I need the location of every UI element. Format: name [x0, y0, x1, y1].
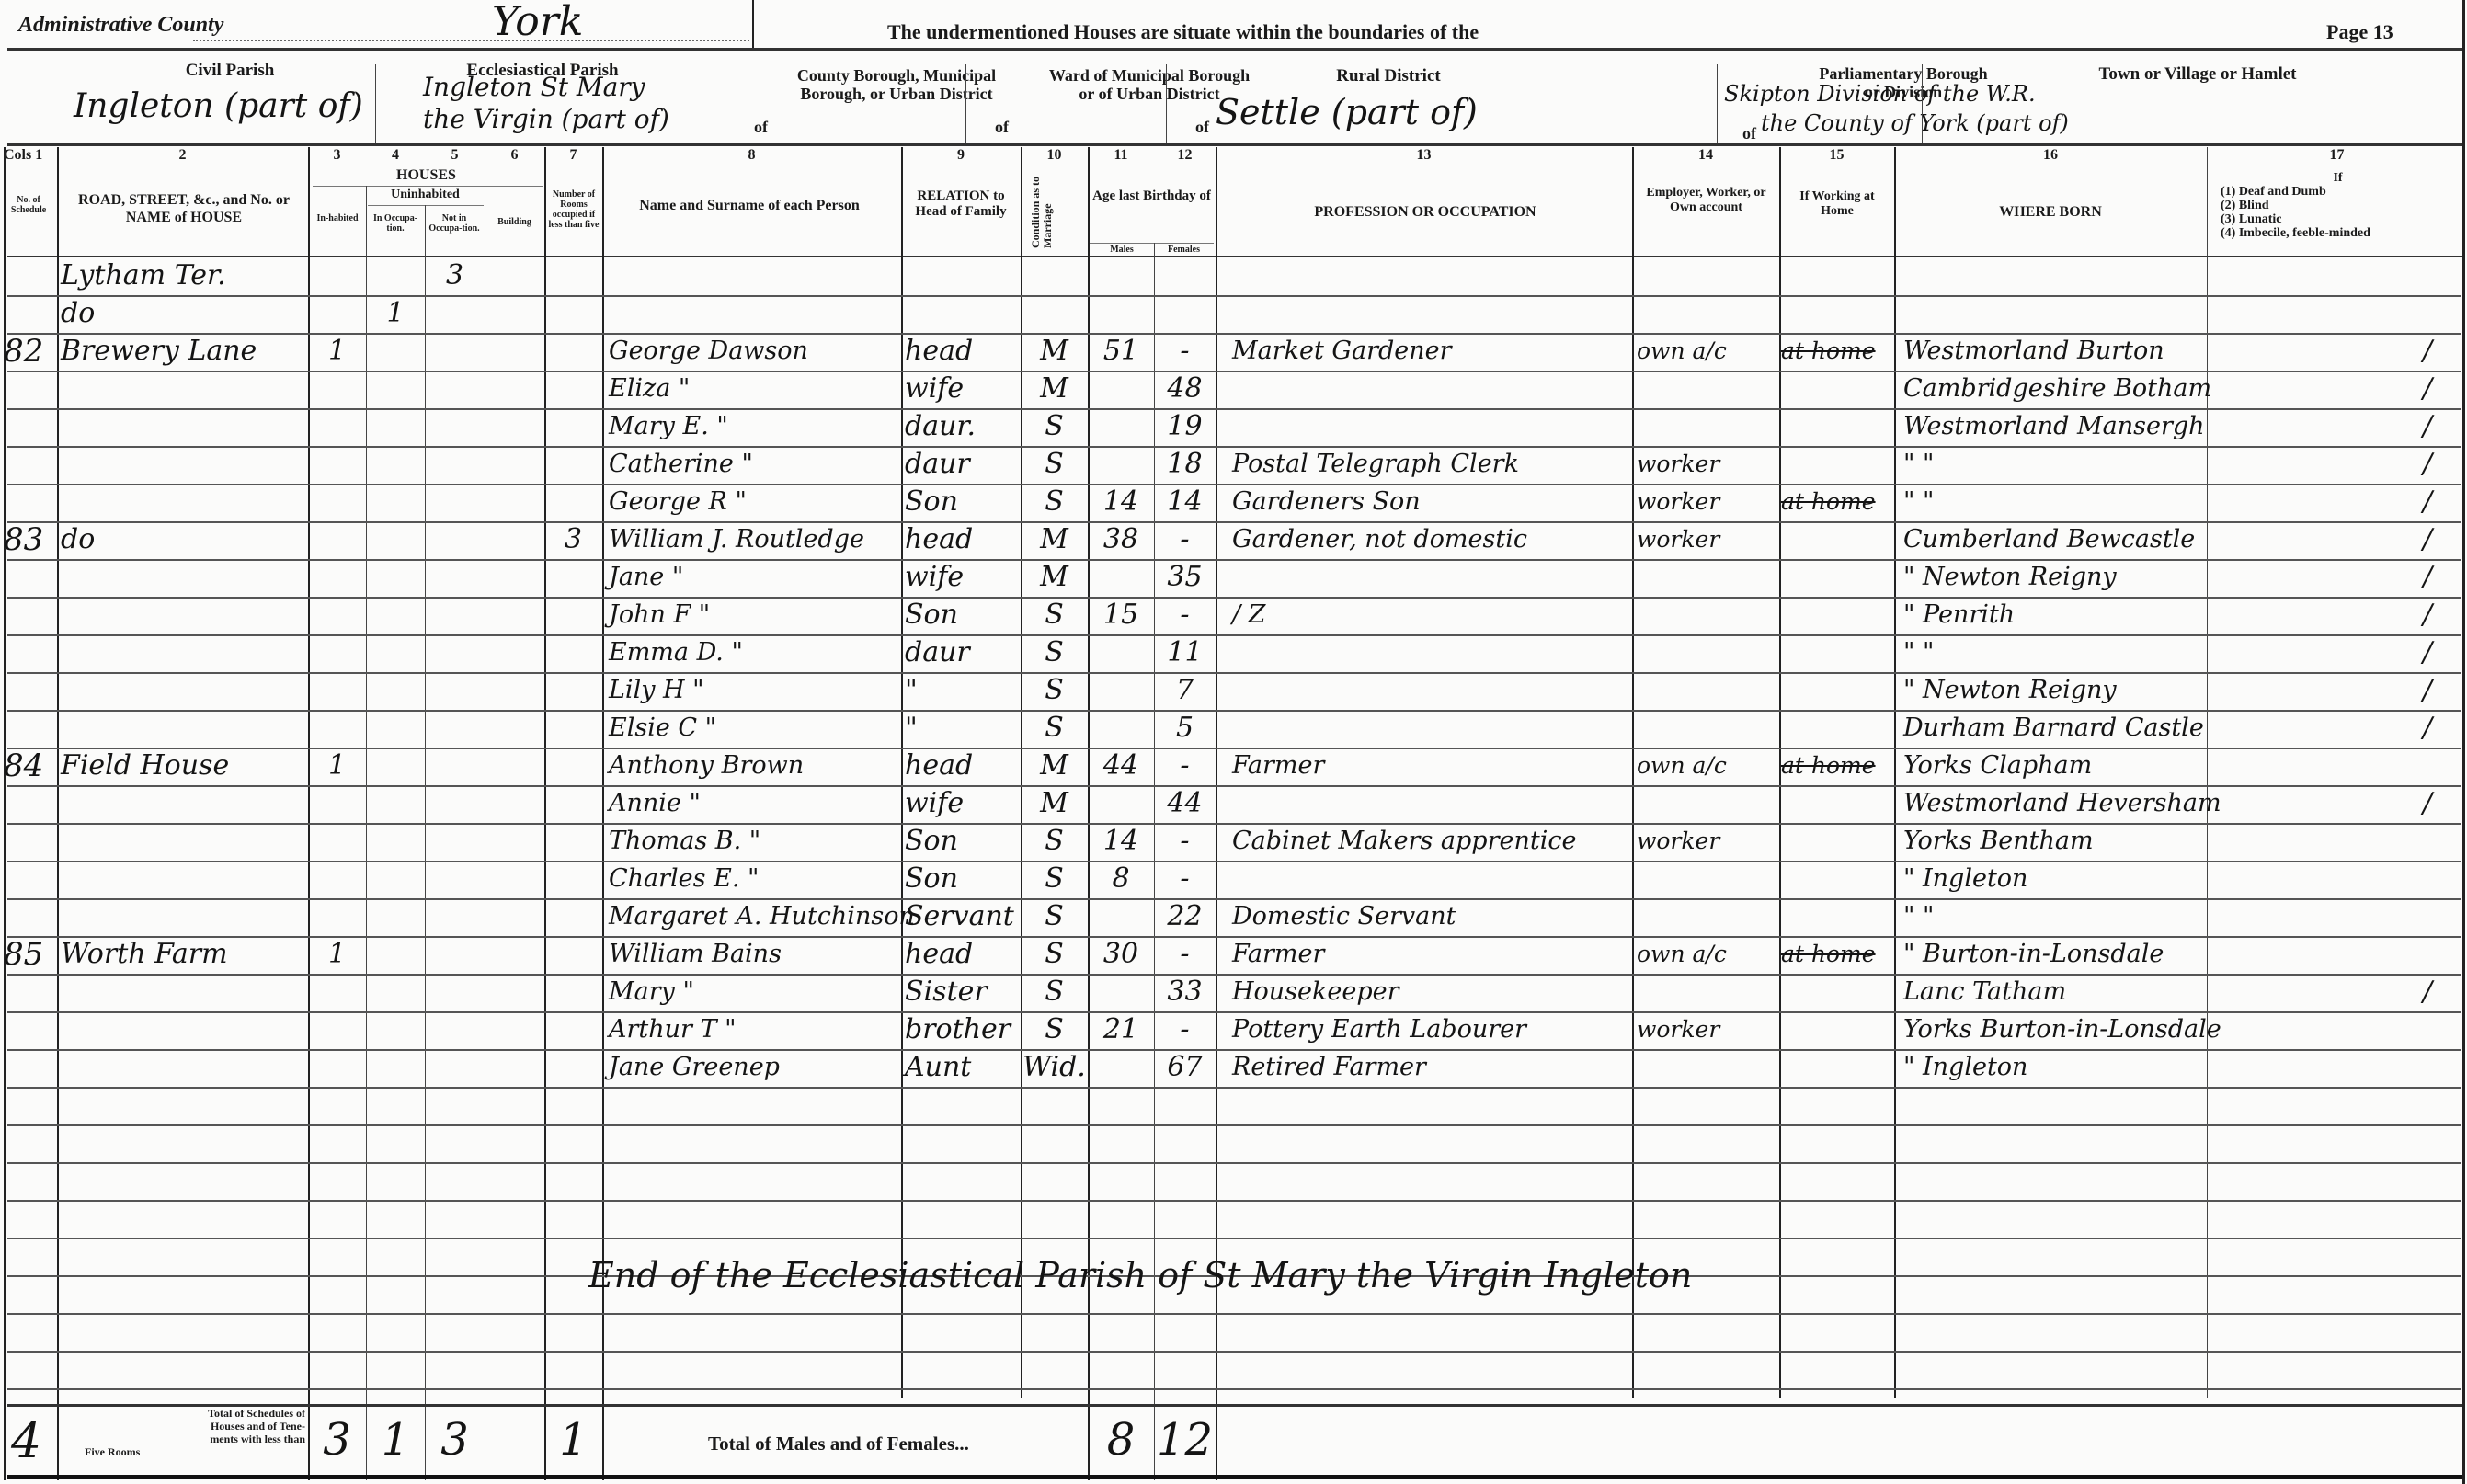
occupation-cell	[1232, 861, 1632, 897]
name-cell: John F "	[609, 597, 901, 634]
infirmity-cell: /	[2391, 521, 2464, 558]
male-age-cell: 14	[1088, 823, 1154, 860]
total-not-in-occupation: 3	[425, 1414, 485, 1466]
header-occupation: PROFESSION OR OCCUPATION	[1223, 204, 1628, 221]
building-cell	[485, 672, 544, 709]
where-born-cell: " Burton-in-Lonsdale	[1903, 936, 2207, 973]
not-in-occupation-cell: 3	[425, 257, 485, 294]
header-infirmity-3: (3) Lunatic	[2221, 212, 2282, 226]
female-age-cell: 33	[1154, 974, 1216, 1010]
rooms-cell	[544, 559, 602, 596]
road-cell: Worth Farm	[61, 936, 307, 973]
condition-cell: M	[1021, 785, 1088, 822]
name-cell: Thomas B. "	[609, 823, 901, 860]
condition-cell	[1021, 295, 1088, 332]
in-occupation-cell	[366, 748, 425, 784]
male-age-cell	[1088, 634, 1154, 671]
name-cell: Arthur T "	[609, 1011, 901, 1048]
occupation-cell: Retired Farmer	[1232, 1049, 1632, 1086]
relation-cell: Son	[905, 823, 1021, 860]
county-borough-of: of	[754, 118, 768, 137]
town-label: Town or Village or Hamlet	[1931, 64, 2464, 85]
building-cell	[485, 257, 544, 294]
occupation-cell	[1232, 710, 1632, 747]
female-age-cell: -	[1154, 333, 1216, 370]
female-age-cell: 5	[1154, 710, 1216, 747]
occupation-cell: Domestic Servant	[1232, 898, 1632, 935]
where-born-cell: " "	[1903, 634, 2207, 671]
employer-cell: worker	[1637, 521, 1779, 558]
at-home-cell	[1781, 1011, 1894, 1048]
name-cell	[609, 295, 901, 332]
name-cell: Margaret A. Hutchinson	[609, 898, 901, 935]
building-cell	[485, 974, 544, 1010]
col-number-8: 8	[602, 147, 901, 164]
where-born-cell: " "	[1903, 484, 2207, 520]
where-born-cell	[1903, 257, 2207, 294]
road-cell: do	[61, 521, 307, 558]
divider	[375, 64, 376, 143]
header-not-in-occupation: Not in Occupa-tion.	[427, 213, 482, 234]
female-age-cell: 14	[1154, 484, 1216, 520]
road-cell	[61, 672, 307, 709]
at-home-cell	[1781, 371, 1894, 407]
name-cell: Mary "	[609, 974, 901, 1010]
header-rooms: Number of Rooms occupied if less than fi…	[546, 189, 601, 230]
county-dotted-line	[193, 40, 749, 41]
rooms-cell	[544, 861, 602, 897]
relation-cell: daur	[905, 634, 1021, 671]
at-home-cell	[1781, 634, 1894, 671]
female-age-cell: 19	[1154, 408, 1216, 445]
occupation-cell: Gardeners Son	[1232, 484, 1632, 520]
col-number-5: 5	[425, 147, 485, 164]
road-cell	[61, 861, 307, 897]
header-uninhabited: Uninhabited	[366, 188, 485, 202]
in-occupation-cell	[366, 710, 425, 747]
infirmity-cell	[2391, 1011, 2464, 1048]
relation-cell: head	[905, 936, 1021, 973]
infirmity-cell	[2391, 257, 2464, 294]
header-infirmity-4: (4) Imbecile, feeble-minded	[2221, 226, 2395, 240]
male-age-cell	[1088, 371, 1154, 407]
not-in-occupation-cell	[425, 936, 485, 973]
occupation-cell	[1232, 295, 1632, 332]
col-number-4: 4	[366, 147, 425, 164]
female-age-cell: 7	[1154, 672, 1216, 709]
relation-cell: head	[905, 748, 1021, 784]
schedule-cell	[4, 634, 57, 671]
at-home-cell	[1781, 521, 1894, 558]
at-home-cell	[1781, 408, 1894, 445]
rooms-cell	[544, 672, 602, 709]
condition-cell: S	[1021, 710, 1088, 747]
header-building: Building	[485, 217, 543, 227]
not-in-occupation-cell	[425, 672, 485, 709]
rooms-cell	[544, 333, 602, 370]
relation-cell: head	[905, 521, 1021, 558]
age-rule	[1090, 243, 1214, 244]
road-cell: Field House	[61, 748, 307, 784]
employer-cell: own a/c	[1637, 936, 1779, 973]
female-age-cell: -	[1154, 823, 1216, 860]
road-cell: do	[61, 295, 307, 332]
condition-cell	[1021, 257, 1088, 294]
name-cell: William Bains	[609, 936, 901, 973]
inhabited-cell	[308, 898, 366, 935]
header-males: Males	[1090, 245, 1154, 255]
male-age-cell	[1088, 559, 1154, 596]
female-age-cell: -	[1154, 597, 1216, 634]
female-age-cell: 11	[1154, 634, 1216, 671]
rural-district-value: Settle (part of)	[1216, 92, 1478, 132]
row-rule	[7, 1200, 2461, 1202]
at-home-cell	[1781, 861, 1894, 897]
intro-text: The undermentioned Houses are situate wi…	[887, 20, 1479, 44]
inhabited-cell	[308, 597, 366, 634]
where-born-cell: Cumberland Bewcastle	[1903, 521, 2207, 558]
where-born-cell: Lanc Tatham	[1903, 974, 2207, 1010]
not-in-occupation-cell	[425, 408, 485, 445]
employer-cell: worker	[1637, 484, 1779, 520]
building-cell	[485, 559, 544, 596]
rooms-cell	[544, 1011, 602, 1048]
in-occupation-cell	[366, 597, 425, 634]
employer-cell: worker	[1637, 1011, 1779, 1048]
schedule-cell	[4, 446, 57, 483]
building-cell	[485, 785, 544, 822]
totals-label-line1: Total of Schedules of	[66, 1407, 305, 1420]
name-cell: Lily H "	[609, 672, 901, 709]
parliamentary-of: of	[1742, 124, 1756, 143]
col-line	[1632, 147, 1634, 1398]
where-born-cell: Durham Barnard Castle	[1903, 710, 2207, 747]
in-occupation-cell	[366, 823, 425, 860]
in-occupation-cell	[366, 257, 425, 294]
schedule-cell	[4, 257, 57, 294]
schedule-cell	[4, 898, 57, 935]
relation-cell: Son	[905, 861, 1021, 897]
col-number-17: 17	[2207, 147, 2467, 164]
infirmity-cell: /	[2391, 408, 2464, 445]
divider	[1922, 64, 1923, 143]
infirmity-cell: /	[2391, 559, 2464, 596]
infirmity-cell	[2391, 823, 2464, 860]
col-number-10: 10	[1021, 147, 1088, 164]
employer-cell	[1637, 559, 1779, 596]
header-infirmity-title: If	[2211, 171, 2464, 185]
female-age-cell: -	[1154, 936, 1216, 973]
relation-cell: Son	[905, 484, 1021, 520]
building-cell	[485, 748, 544, 784]
road-cell	[61, 1049, 307, 1086]
total-males: 8	[1088, 1414, 1154, 1466]
road-cell: Brewery Lane	[61, 333, 307, 370]
header-rule-2	[7, 143, 2462, 146]
rooms-cell	[544, 634, 602, 671]
condition-cell: S	[1021, 484, 1088, 520]
schedule-cell: 84	[4, 748, 57, 784]
male-age-cell	[1088, 295, 1154, 332]
in-occupation-cell	[366, 936, 425, 973]
in-occupation-cell	[366, 521, 425, 558]
occupation-cell: Farmer	[1232, 936, 1632, 973]
not-in-occupation-cell	[425, 295, 485, 332]
female-age-cell: 18	[1154, 446, 1216, 483]
infirmity-cell	[2391, 898, 2464, 935]
road-cell	[61, 408, 307, 445]
inhabited-cell	[308, 484, 366, 520]
employer-cell: worker	[1637, 446, 1779, 483]
at-home-cell	[1781, 823, 1894, 860]
name-cell: Catherine "	[609, 446, 901, 483]
col-number-rule	[7, 166, 2462, 166]
page-number: Page 13	[2326, 20, 2393, 44]
not-in-occupation-cell	[425, 710, 485, 747]
totals-bottom-rule	[7, 1475, 2462, 1479]
condition-cell: Wid.	[1021, 1049, 1088, 1086]
infirmity-cell	[2391, 748, 2464, 784]
relation-cell: Servant	[905, 898, 1021, 935]
occupation-cell	[1232, 785, 1632, 822]
rooms-cell	[544, 748, 602, 784]
employer-cell	[1637, 634, 1779, 671]
female-age-cell: -	[1154, 1011, 1216, 1048]
schedule-cell	[4, 785, 57, 822]
name-cell: Jane "	[609, 559, 901, 596]
parliamentary-value-line1: Skipton Division of the W.R.	[1724, 81, 2036, 107]
female-age-cell	[1154, 295, 1216, 332]
in-occupation-cell	[366, 371, 425, 407]
infirmity-cell	[2391, 936, 2464, 973]
in-occupation-cell	[366, 559, 425, 596]
inhabited-cell	[308, 408, 366, 445]
header-road: ROAD, STREET, &c., and No. or NAME of HO…	[64, 191, 303, 226]
row-rule	[7, 1388, 2461, 1390]
condition-cell: M	[1021, 748, 1088, 784]
inhabited-cell	[308, 785, 366, 822]
totals-label-line2: Houses and of Tene-	[66, 1420, 305, 1433]
rural-district-label: Rural District	[1195, 66, 1582, 86]
col-number-7: 7	[544, 147, 602, 164]
in-occupation-cell	[366, 484, 425, 520]
civil-parish-label: Civil Parish	[92, 61, 368, 81]
male-age-cell: 15	[1088, 597, 1154, 634]
schedule-cell	[4, 974, 57, 1010]
rooms-cell	[544, 898, 602, 935]
rooms-cell	[544, 484, 602, 520]
occupation-cell	[1232, 408, 1632, 445]
employer-cell	[1637, 861, 1779, 897]
where-born-cell: " "	[1903, 898, 2207, 935]
occupation-cell	[1232, 559, 1632, 596]
not-in-occupation-cell	[425, 785, 485, 822]
male-age-cell: 30	[1088, 936, 1154, 973]
female-age-cell: 67	[1154, 1049, 1216, 1086]
inhabited-cell	[308, 1011, 366, 1048]
employer-cell: worker	[1637, 823, 1779, 860]
not-in-occupation-cell	[425, 371, 485, 407]
rooms-cell	[544, 1049, 602, 1086]
relation-cell: Sister	[905, 974, 1021, 1010]
building-cell	[485, 1049, 544, 1086]
name-cell: Mary E. "	[609, 408, 901, 445]
infirmity-cell: /	[2391, 672, 2464, 709]
building-cell	[485, 634, 544, 671]
occupation-cell	[1232, 634, 1632, 671]
total-rooms: 1	[544, 1414, 602, 1466]
inhabited-cell	[308, 295, 366, 332]
schedule-cell	[4, 484, 57, 520]
inhabited-cell	[308, 446, 366, 483]
civil-parish-value: Ingleton (part of)	[74, 87, 363, 125]
where-born-cell: " Ingleton	[1903, 861, 2207, 897]
schedule-cell	[4, 861, 57, 897]
female-age-cell: 35	[1154, 559, 1216, 596]
road-cell: Lytham Ter.	[61, 257, 307, 294]
at-home-cell: at home	[1781, 333, 1894, 370]
schedule-cell: 85	[4, 936, 57, 973]
at-home-cell: at home	[1781, 748, 1894, 784]
road-cell	[61, 898, 307, 935]
row-rule	[7, 1162, 2461, 1164]
inhabited-cell	[308, 710, 366, 747]
in-occupation-cell	[366, 861, 425, 897]
not-in-occupation-cell	[425, 559, 485, 596]
female-age-cell: -	[1154, 748, 1216, 784]
road-cell	[61, 823, 307, 860]
name-cell: Annie "	[609, 785, 901, 822]
road-cell	[61, 1011, 307, 1048]
occupation-cell: Farmer	[1232, 748, 1632, 784]
at-home-cell	[1781, 559, 1894, 596]
employer-cell	[1637, 785, 1779, 822]
road-cell	[61, 710, 307, 747]
total-inhabited: 3	[308, 1414, 366, 1466]
in-occupation-cell	[366, 333, 425, 370]
building-cell	[485, 710, 544, 747]
in-occupation-cell	[366, 634, 425, 671]
relation-cell: daur.	[905, 408, 1021, 445]
infirmity-cell: /	[2391, 785, 2464, 822]
header-females: Females	[1154, 245, 1214, 255]
not-in-occupation-cell	[425, 1049, 485, 1086]
header-rule	[7, 48, 2462, 51]
occupation-cell: / Z	[1232, 597, 1632, 634]
col-line	[2207, 147, 2208, 1398]
schedule-cell	[4, 559, 57, 596]
condition-cell: S	[1021, 936, 1088, 973]
relation-cell: wife	[905, 785, 1021, 822]
occupation-cell: Cabinet Makers apprentice	[1232, 823, 1632, 860]
in-occupation-cell	[366, 785, 425, 822]
male-age-cell	[1088, 710, 1154, 747]
infirmity-cell: /	[2391, 710, 2464, 747]
inhabited-cell	[308, 521, 366, 558]
schedule-cell	[4, 1049, 57, 1086]
header-name: Name and Surname of each Person	[616, 198, 883, 214]
header-relation: RELATION to Head of Family	[903, 188, 1019, 220]
female-age-cell: -	[1154, 521, 1216, 558]
rooms-cell: 3	[544, 521, 602, 558]
name-cell: William J. Routledge	[609, 521, 901, 558]
employer-cell	[1637, 257, 1779, 294]
not-in-occupation-cell	[425, 748, 485, 784]
rooms-cell	[544, 295, 602, 332]
where-born-cell: Westmorland Mansergh	[1903, 408, 2207, 445]
at-home-cell: at home	[1781, 484, 1894, 520]
inhabited-cell	[308, 974, 366, 1010]
employer-cell	[1637, 295, 1779, 332]
schedule-cell	[4, 295, 57, 332]
road-cell	[61, 484, 307, 520]
rooms-cell	[544, 446, 602, 483]
in-occupation-cell	[366, 1049, 425, 1086]
inhabited-cell	[308, 1049, 366, 1086]
col-number-15: 15	[1779, 147, 1894, 164]
female-age-cell: 22	[1154, 898, 1216, 935]
building-cell	[485, 898, 544, 935]
employer-cell	[1637, 672, 1779, 709]
building-cell	[485, 1011, 544, 1048]
inhabited-cell: 1	[308, 936, 366, 973]
row-rule	[7, 1238, 2461, 1239]
female-age-cell	[1154, 257, 1216, 294]
condition-cell: S	[1021, 408, 1088, 445]
header-inhabited: In-habited	[310, 213, 365, 223]
inhabited-cell	[308, 559, 366, 596]
building-cell	[485, 861, 544, 897]
where-born-cell: Westmorland Heversham	[1903, 785, 2207, 822]
relation-cell: daur	[905, 446, 1021, 483]
occupation-cell	[1232, 672, 1632, 709]
male-age-cell	[1088, 672, 1154, 709]
schedule-cell	[4, 823, 57, 860]
building-cell	[485, 371, 544, 407]
header-employer: Employer, Worker, or Own account	[1635, 186, 1777, 215]
infirmity-cell: /	[2391, 597, 2464, 634]
employer-cell	[1637, 371, 1779, 407]
infirmity-cell: /	[2391, 974, 2464, 1010]
col-number-13: 13	[1216, 147, 1632, 164]
male-age-cell	[1088, 974, 1154, 1010]
condition-cell: S	[1021, 672, 1088, 709]
building-cell	[485, 936, 544, 973]
road-cell	[61, 974, 307, 1010]
totals-label-line4: Five Rooms	[66, 1445, 305, 1458]
male-age-cell	[1088, 408, 1154, 445]
relation-cell: wife	[905, 559, 1021, 596]
male-age-cell	[1088, 1049, 1154, 1086]
male-age-cell	[1088, 446, 1154, 483]
name-cell: Eliza "	[609, 371, 901, 407]
employer-cell	[1637, 408, 1779, 445]
infirmity-cell: /	[2391, 333, 2464, 370]
inhabited-cell	[308, 257, 366, 294]
male-age-cell	[1088, 898, 1154, 935]
header-infirmity-1: (1) Deaf and Dumb	[2221, 185, 2326, 199]
employer-cell	[1637, 710, 1779, 747]
houses-rule	[313, 186, 543, 187]
divider	[965, 64, 966, 143]
name-cell: Elsie C "	[609, 710, 901, 747]
at-home-cell	[1781, 974, 1894, 1010]
relation-cell	[905, 257, 1021, 294]
not-in-occupation-cell	[425, 597, 485, 634]
occupation-cell: Postal Telegraph Clerk	[1232, 446, 1632, 483]
building-cell	[485, 597, 544, 634]
col-number-9: 9	[901, 147, 1021, 164]
